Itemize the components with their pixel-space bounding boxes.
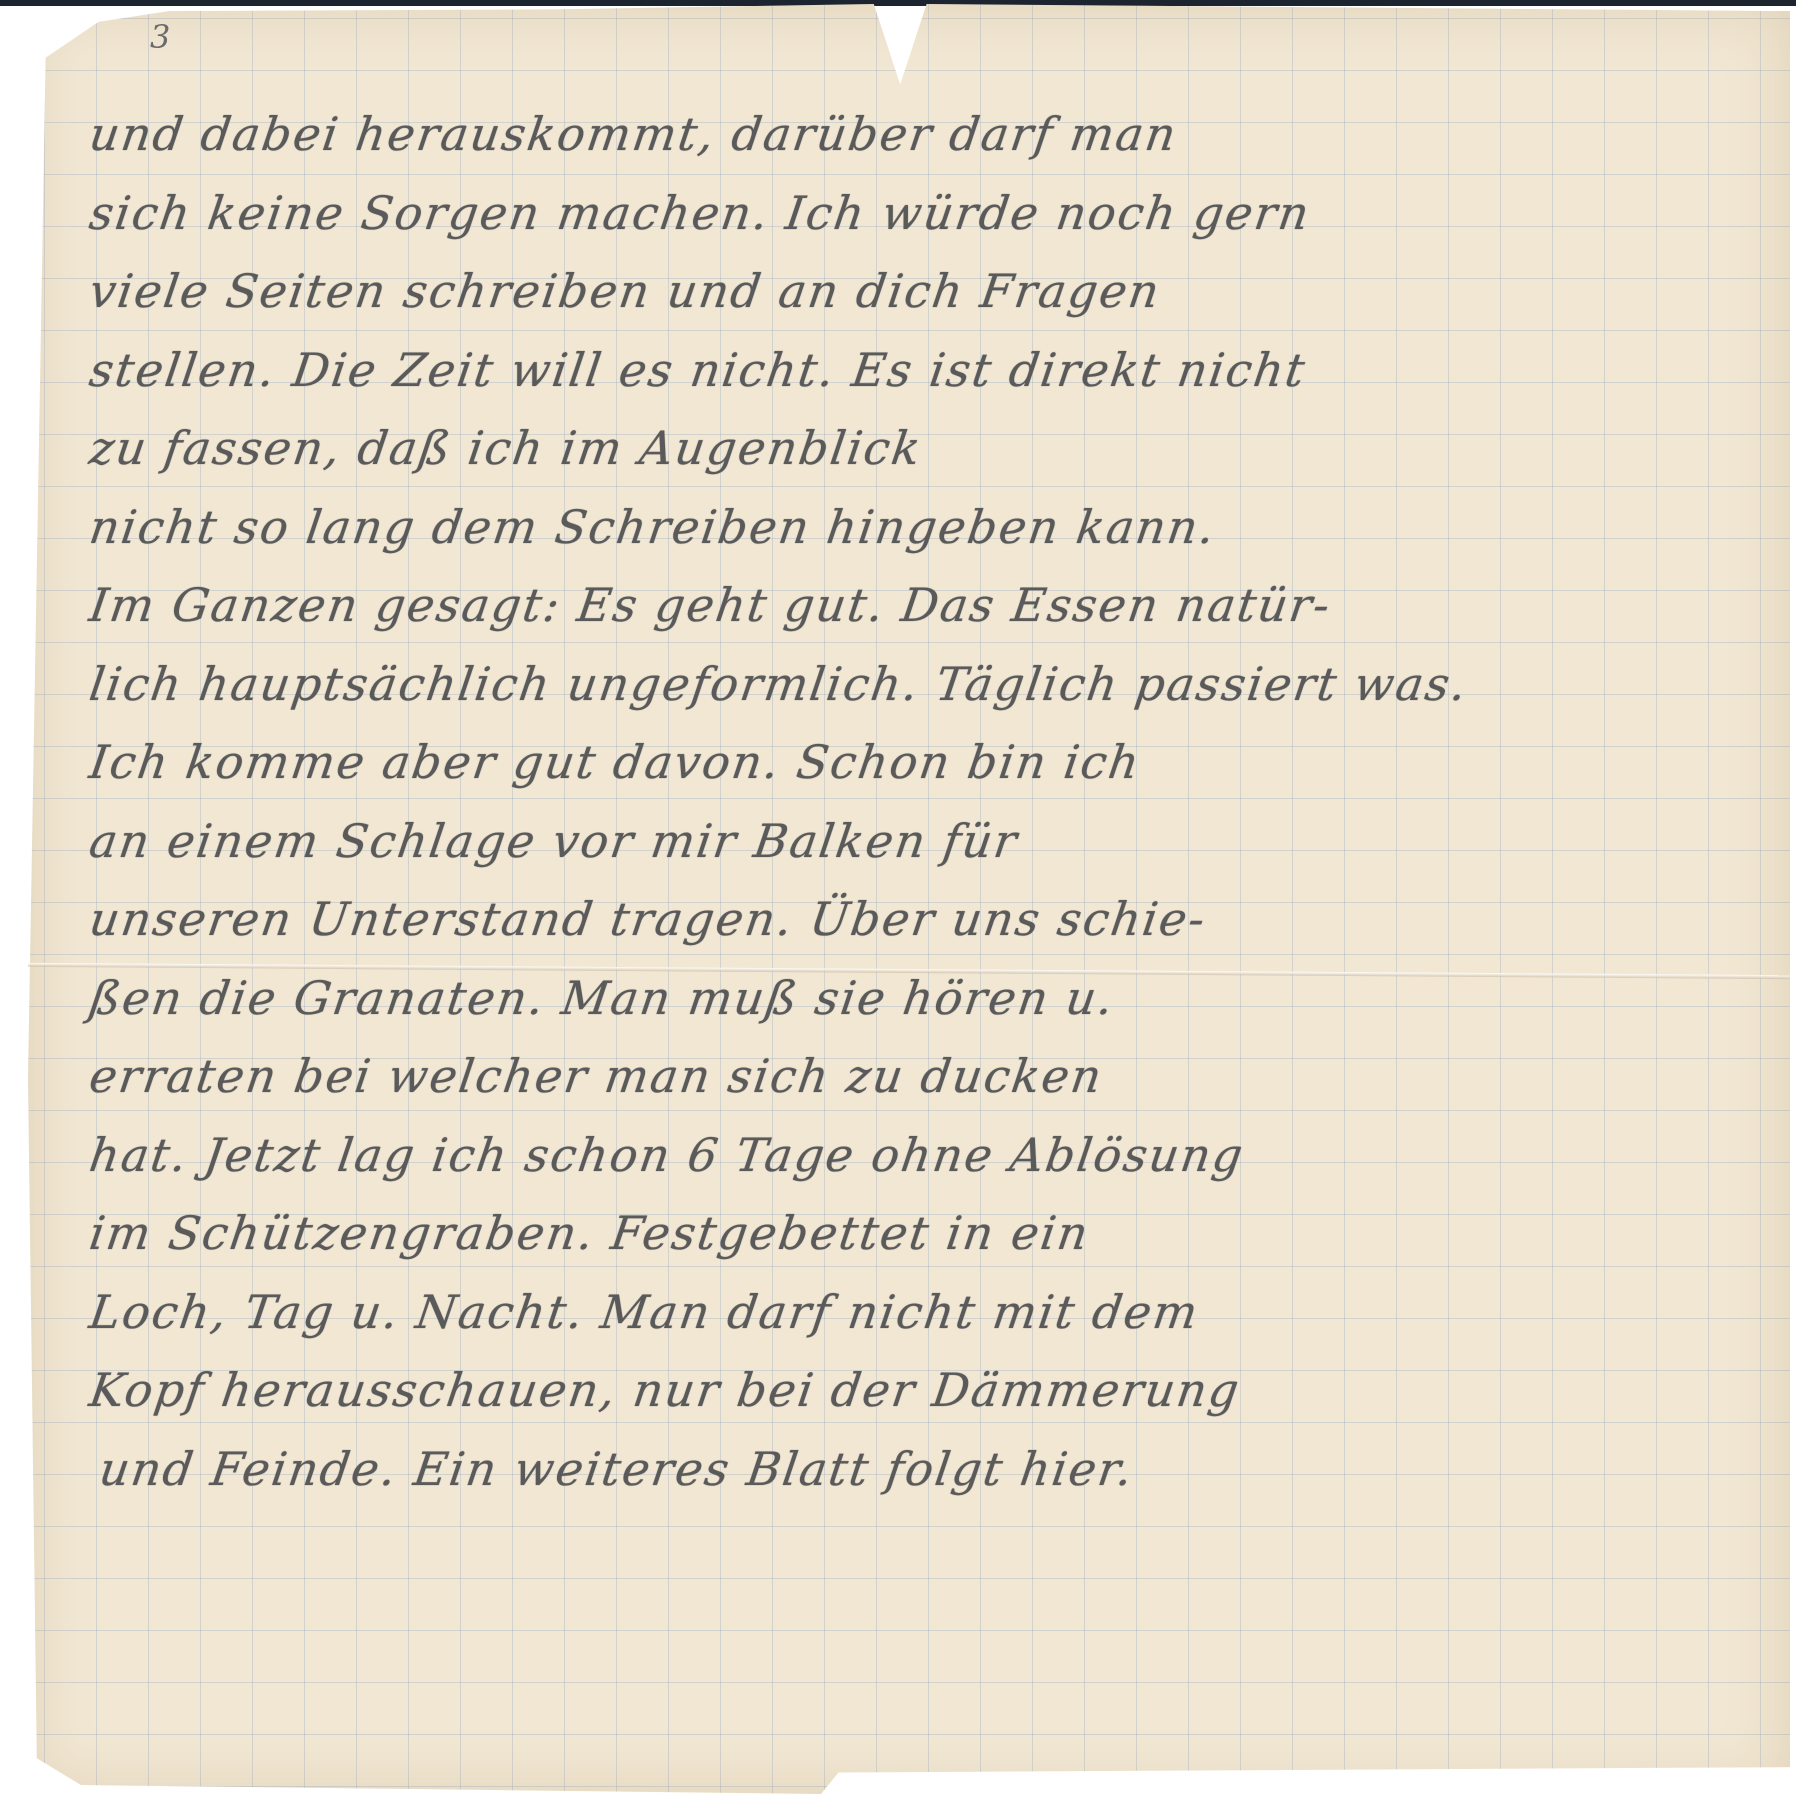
handwritten-text-body: und dabei herauskommt, darüber darf man … <box>90 95 1770 1508</box>
text-line: an einem Schlage vor mir Balken für <box>84 802 1775 881</box>
text-line: Kopf herausschauen, nur bei der Dämmerun… <box>84 1351 1775 1430</box>
text-line: lich hauptsächlich ungeformlich. Täglich… <box>84 645 1775 724</box>
text-line: und dabei herauskommt, darüber darf man <box>84 95 1775 174</box>
text-line: unseren Unterstand tragen. Über uns schi… <box>84 880 1775 959</box>
text-line: Im Ganzen gesagt: Es geht gut. Das Essen… <box>84 566 1775 645</box>
text-line: Ich komme aber gut davon. Schon bin ich <box>84 723 1775 802</box>
scan-top-edge <box>0 0 1796 6</box>
text-line: im Schützengraben. Festgebettet in ein <box>84 1194 1775 1273</box>
text-line: viele Seiten schreiben und an dich Frage… <box>84 252 1775 331</box>
text-line: stellen. Die Zeit will es nicht. Es ist … <box>84 331 1775 410</box>
text-line: hat. Jetzt lag ich schon 6 Tage ohne Abl… <box>84 1116 1775 1195</box>
text-line: nicht so lang dem Schreiben hingeben kan… <box>84 488 1775 567</box>
page-number: 3 <box>150 18 170 56</box>
text-line: zu fassen, daß ich im Augenblick <box>84 409 1775 488</box>
text-line: sich keine Sorgen machen. Ich würde noch… <box>84 174 1775 253</box>
text-line: ßen die Granaten. Man muß sie hören u. <box>84 959 1775 1038</box>
text-line: erraten bei welcher man sich zu ducken <box>84 1037 1775 1116</box>
text-line: Loch, Tag u. Nacht. Man darf nicht mit d… <box>84 1273 1775 1352</box>
text-line: und Feinde. Ein weiteres Blatt folgt hie… <box>84 1430 1775 1509</box>
